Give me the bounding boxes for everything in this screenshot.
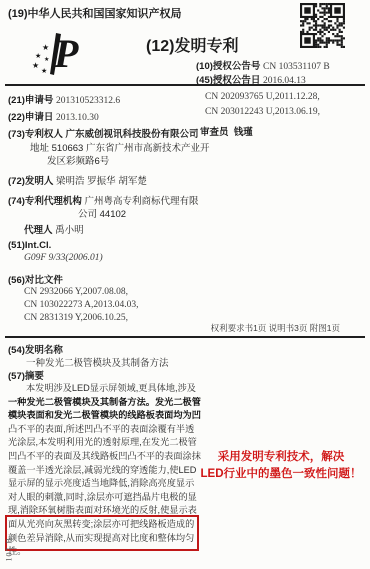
patent-document-page: (19)中华人民共和国国家知识产权局 P ★ ★ ★ ★ ★ (12)发明专利 …: [0, 0, 370, 569]
reference-item: CN 103022273 A,2013.04.03,: [24, 300, 139, 310]
patentee-value: 广东威创视讯科技股份有限公司: [66, 129, 199, 140]
red-annotation: 采用发明专利技术，解决 LED行业中的墨色一致性问题！: [192, 449, 370, 482]
application-number-row: (21)申请号 201310523312.6: [8, 92, 120, 106]
svg-text:★: ★: [32, 61, 39, 70]
agent-label: 代理人: [24, 225, 53, 236]
abstract-line: 显示屏的显示亮度适当地降低,消除高亮度显示: [8, 477, 204, 491]
app-no-label: (21)申请号: [8, 95, 53, 106]
qr-code: [300, 3, 345, 48]
examiner-label: 审查员: [200, 127, 229, 138]
pages-info: 权利要求书1页 说明书3页 附图1页: [211, 322, 340, 334]
inventors-value: 梁明浩 罗振华 胡军楚: [56, 176, 147, 187]
abstract-line: 凹凸不平的表面及其线路板凹凸不平的表面涂抹: [8, 450, 204, 464]
svg-text:★: ★: [44, 56, 49, 63]
header-divider: [5, 84, 365, 86]
reference-text-2: CN 103022273 A,2013.04.03,: [24, 300, 139, 310]
app-no-value: 201310523312.6: [56, 96, 120, 106]
patent-office-title: (19)中华人民共和国国家知识产权局: [8, 5, 182, 21]
annotation-line-2: LED行业中的墨色一致性问题！: [192, 466, 370, 483]
agency-value-2: 公司 44102: [78, 209, 126, 220]
body-divider: [5, 336, 365, 338]
reference-item: CN 203012243 U,2013.06.19,: [205, 107, 320, 117]
reference-item: CN 202093765 U,2011.12.28,: [205, 92, 320, 102]
application-date-row: (22)申请日 2013.10.30: [8, 109, 99, 123]
svg-text:P: P: [53, 31, 79, 76]
references-label: (56)对比文件: [8, 275, 63, 286]
invention-title: 一种发光二极管模块及其制备方法: [26, 355, 169, 369]
intcl-value-row: G09F 9/33(2006.01): [24, 253, 103, 263]
agency-row: (74)专利代理机构 广州粤高专利商标代理有限: [8, 193, 199, 207]
agent-value: 禹小明: [55, 225, 84, 236]
abstract-label: (57)摘要: [8, 368, 44, 382]
app-date-value: 2013.10.30: [56, 113, 99, 123]
app-date-label: (22)申请日: [8, 112, 53, 123]
abstract-line: 模块表面和发光二极管模块的线路板表面均为凹: [8, 409, 204, 423]
pub-no-value: CN 103531107 B: [263, 62, 330, 72]
patentee-address-line2: 发区彩频路6号: [47, 153, 109, 167]
pub-no-label: (10)授权公告号: [196, 61, 260, 72]
doc-type-title: (12)发明专利: [146, 33, 238, 56]
side-patent-number: 107 B: [5, 528, 14, 562]
abstract-line: 光涂层,本发明利用光的透射原理,在发光二极管: [8, 436, 204, 450]
abstract-line: 一种发光二极管模块及其制备方法。发光二极管: [8, 396, 204, 410]
agency-label: (74)专利代理机构: [8, 196, 82, 207]
svg-text:★: ★: [42, 43, 49, 52]
annotation-line-1: 采用发明专利技术，解决: [192, 449, 370, 466]
svg-text:★: ★: [41, 67, 47, 75]
inventors-label: (72)发明人: [8, 176, 53, 187]
sipo-logo-icon: P ★ ★ ★ ★ ★: [30, 25, 86, 81]
examiner-row: 审查员 钱瑾: [200, 124, 253, 138]
intcl-row: (51)Int.Cl.: [8, 240, 51, 251]
abstract-line: 覆盖一半透光涂层,减弱光线的穿透能力,使LED: [8, 464, 204, 478]
patentee-label: (73)专利权人: [8, 129, 63, 140]
publication-number-row: (10)授权公告号 CN 103531107 B: [196, 58, 330, 72]
examiner-value: 钱瑾: [234, 127, 253, 138]
references-label-row: (56)对比文件: [8, 272, 63, 286]
reference-text-4: CN 202093765 U,2011.12.28,: [205, 92, 320, 102]
highlight-box: [5, 515, 199, 551]
reference-item: CN 2932066 Y,2007.08.08,: [24, 287, 128, 297]
reference-text-1: CN 2932066 Y,2007.08.08,: [24, 287, 128, 297]
patentee-row: (73)专利权人 广东威创视讯科技股份有限公司: [8, 126, 199, 140]
inventors-row: (72)发明人 梁明浩 罗振华 胡军楚: [8, 173, 147, 187]
agency-row-2: 公司 44102: [78, 206, 126, 220]
svg-text:★: ★: [35, 52, 41, 60]
abstract-line: 对人眼的刺激,同时,涂层亦可遮挡晶片电极的显: [8, 491, 204, 505]
abstract-line: 凸不平的表面,所述凹凸不平的表面涂覆有半透: [8, 423, 204, 437]
reference-text-5: CN 203012243 U,2013.06.19,: [205, 107, 320, 117]
agent-row: 代理人 禹小明: [24, 222, 84, 236]
invention-title-label: (54)发明名称: [8, 342, 63, 356]
abstract-line: 本发明涉及LED显示屏领域,更具体地,涉及: [8, 382, 204, 396]
address-text-2: 发区彩频路6号: [47, 156, 109, 167]
intcl-value: G09F 9/33(2006.01): [24, 253, 103, 263]
reference-item: CN 2831319 Y,2006.10.25,: [24, 313, 128, 323]
reference-text-3: CN 2831319 Y,2006.10.25,: [24, 313, 128, 323]
intcl-label: (51)Int.Cl.: [8, 240, 51, 251]
patentee-address-line1: 地址 510663 广东省广州市高新技术产业开: [30, 140, 209, 154]
